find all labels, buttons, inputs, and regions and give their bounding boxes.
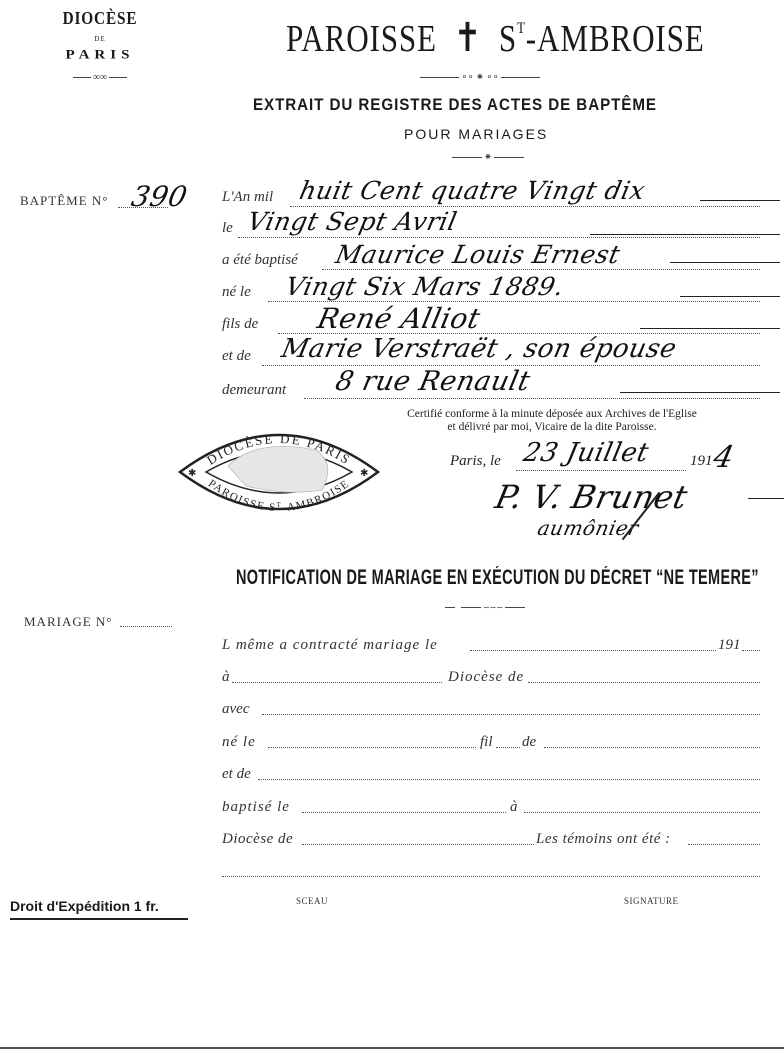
date-input[interactable]	[470, 650, 716, 651]
diocese-line1: DIOCÈSE	[32, 8, 168, 29]
field-flourish	[620, 392, 780, 393]
field-value: 8 rue Renault	[333, 366, 533, 397]
certification-line2: et délivré par moi, Vicaire de la dite P…	[352, 421, 752, 434]
vicar-signature: P. V. Brunet	[492, 478, 691, 516]
field-line	[322, 269, 760, 270]
year-prefix: 191	[690, 453, 713, 470]
parish-stamp: DIOCÈSE DE PARIS PAROISSE ST-AMBROISE ✱ …	[176, 416, 382, 528]
line-label: L même a contracté mariage le	[222, 637, 438, 654]
mariage-number-label: MARIAGE N°	[24, 614, 113, 629]
diocese-line3: PARIS	[20, 48, 180, 62]
line-label: avec	[222, 701, 249, 718]
line-label: et de	[222, 766, 251, 783]
notification-title: NOTIFICATION DE MARIAGE EN EXÉCUTION DU …	[236, 566, 759, 590]
witnesses-label: Les témoins ont été :	[536, 831, 671, 848]
baptism-number-label: BAPTÊME N°	[20, 193, 109, 208]
field-value: huit Cent quatre Vingt dix	[297, 176, 648, 205]
line-label: Diocèse de	[222, 831, 293, 848]
baptism-place-input[interactable]	[524, 812, 760, 813]
date-value: 23 Juillet	[521, 438, 652, 468]
svg-text:✱: ✱	[188, 468, 196, 479]
spouse-input[interactable]	[262, 714, 760, 715]
notification-ornament: ∽∽∽	[430, 603, 540, 612]
birth-date-input[interactable]	[268, 747, 476, 748]
field-flourish	[590, 234, 780, 235]
svg-text:✱: ✱	[360, 468, 368, 479]
field-value: Maurice Louis Ernest	[333, 240, 623, 269]
witnesses-input-continued[interactable]	[222, 876, 760, 877]
field-flourish	[700, 200, 780, 201]
field-flourish	[640, 328, 780, 329]
field-label: L'An mil	[222, 189, 273, 206]
field-label: et de	[222, 348, 251, 365]
register-title: EXTRAIT DU REGISTRE DES ACTES DE BAPTÊME	[253, 96, 657, 115]
baptism-number: BAPTÊME N°	[20, 192, 109, 210]
certification-line1: Certifié conforme à la minute déposée au…	[352, 408, 752, 421]
a-label: à	[510, 799, 518, 816]
signature-dash	[748, 498, 784, 499]
title-ornament-top: ∘∘⁕∘∘	[420, 72, 540, 83]
certification-text: Certifié conforme à la minute déposée au…	[352, 408, 752, 434]
field-flourish	[680, 296, 780, 297]
father-input[interactable]	[544, 747, 760, 748]
field-line	[238, 237, 760, 238]
year-prefix: 191	[718, 637, 741, 654]
fee-label: Droit d'Expédition 1 fr.	[10, 898, 159, 914]
de-label: de	[522, 734, 536, 751]
mother-input[interactable]	[258, 779, 760, 780]
diocese-input[interactable]	[528, 682, 760, 683]
seal-label: SCEAU	[296, 896, 328, 906]
line-label: né le	[222, 734, 256, 751]
parish-title: PAROISSE ✝ ST-AMBROISE	[286, 14, 705, 61]
cross-icon: ✝	[446, 15, 491, 60]
field-label: demeurant	[222, 382, 286, 399]
year-suffix: 4	[710, 440, 737, 475]
field-line	[304, 398, 760, 399]
page-bottom-edge	[0, 1047, 784, 1049]
field-value: Vingt Sept Avril	[245, 207, 460, 236]
date-line	[516, 470, 686, 471]
diocese-baptism-input[interactable]	[302, 844, 534, 845]
parish-left: PAROISSE	[286, 18, 437, 60]
witnesses-input[interactable]	[688, 844, 760, 845]
field-value: Vingt Six Mars 1889.	[283, 272, 567, 301]
field-label: né le	[222, 284, 251, 301]
diocese-ornament: ∞∞	[70, 72, 130, 83]
title-ornament-bottom: ⁕	[448, 152, 528, 163]
baptism-date-input[interactable]	[302, 812, 506, 813]
line-label: à	[222, 669, 230, 686]
fil-input[interactable]	[496, 747, 520, 748]
stamp-icon: DIOCÈSE DE PARIS PAROISSE ST-AMBROISE ✱ …	[176, 416, 382, 528]
field-label: le	[222, 220, 233, 237]
field-value: Marie Verstraët , son épouse	[279, 334, 680, 364]
register-subtitle: POUR MARIAGES	[404, 126, 548, 142]
field-label: a été baptisé	[222, 252, 298, 269]
year-input[interactable]	[742, 650, 760, 651]
place-input[interactable]	[232, 682, 442, 683]
baptism-number-value: 390	[128, 180, 190, 213]
diocese-label: Diocèse de	[448, 669, 524, 686]
place-label: Paris, le	[450, 453, 501, 470]
mariage-number-line	[120, 626, 172, 627]
field-flourish	[670, 262, 780, 263]
field-value: René Alliot	[314, 302, 483, 335]
field-label: fils de	[222, 316, 258, 333]
line-label: baptisé le	[222, 799, 290, 816]
signature-label: SIGNATURE	[624, 896, 679, 906]
fee-underline	[10, 918, 188, 920]
diocese-header: DIOCÈSE DE PARIS ∞∞	[20, 8, 180, 83]
mariage-number: MARIAGE N°	[24, 614, 113, 630]
diocese-line2: DE	[20, 35, 180, 43]
fil-label: fil	[480, 734, 493, 751]
parish-right-prefix: S	[499, 18, 517, 60]
parish-right: -AMBROISE	[526, 18, 705, 60]
